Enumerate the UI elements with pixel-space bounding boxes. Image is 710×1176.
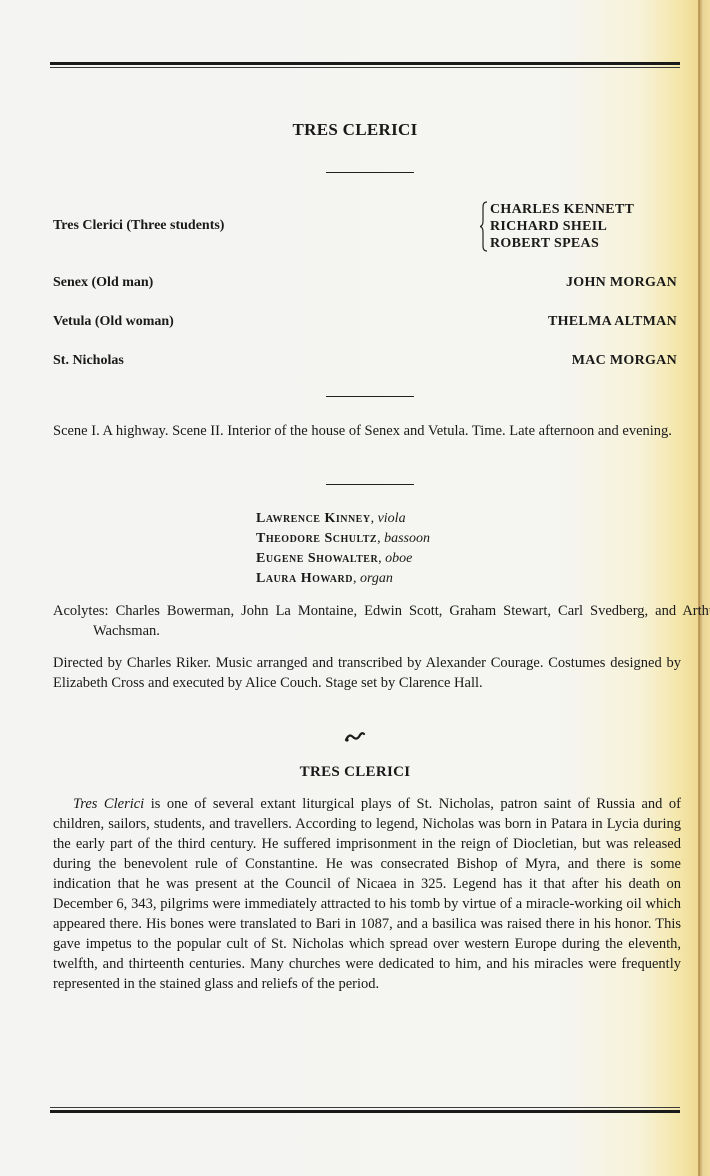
musician-item: Theodore Schultz, bassoon	[256, 529, 430, 549]
divider	[326, 172, 414, 173]
cast-role: Senex (Old man)	[53, 275, 153, 291]
notes-lead-title: Tres Clerici	[73, 796, 144, 812]
page-edge	[698, 0, 700, 1176]
musician-item: Lawrence Kinney, viola	[256, 509, 430, 529]
top-double-rule	[50, 62, 680, 68]
page-title: TRES CLERICI	[0, 120, 710, 140]
cast-role: Tres Clerici (Three students)	[53, 218, 224, 234]
musicians-list: Lawrence Kinney, viola Theodore Schultz,…	[256, 509, 430, 589]
ornament-icon	[0, 728, 710, 747]
credits-text: Directed by Charles Riker. Music arrange…	[53, 653, 681, 693]
cast-role: St. Nicholas	[53, 353, 124, 369]
acolytes-text: Acolytes: Charles Bowerman, John La Mont…	[53, 601, 710, 641]
divider	[326, 396, 414, 397]
cast-actor: MAC MORGAN	[572, 353, 677, 369]
notes-text: is one of several extant liturgical play…	[53, 796, 681, 992]
cast-actor: CHARLES KENNETT	[490, 201, 634, 218]
cast-actor: RICHARD SHEIL	[490, 218, 634, 235]
notes-body: Tres Clerici is one of several extant li…	[53, 794, 681, 994]
cast-role: Vetula (Old woman)	[53, 314, 174, 330]
cast-actor: JOHN MORGAN	[566, 275, 677, 291]
musician-item: Laura Howard, organ	[256, 569, 430, 589]
bottom-double-rule	[50, 1107, 680, 1113]
notes-title: TRES CLERICI	[0, 764, 710, 781]
musician-item: Eugene Showalter, oboe	[256, 549, 430, 569]
cast-actor: THELMA ALTMAN	[548, 314, 677, 330]
setting-text: Scene I. A highway. Scene II. Interior o…	[53, 421, 681, 441]
divider	[326, 484, 414, 485]
cast-actor: ROBERT SPEAS	[490, 235, 634, 252]
brace-icon	[480, 201, 488, 252]
cast-actor-group: CHARLES KENNETT RICHARD SHEIL ROBERT SPE…	[490, 201, 634, 252]
